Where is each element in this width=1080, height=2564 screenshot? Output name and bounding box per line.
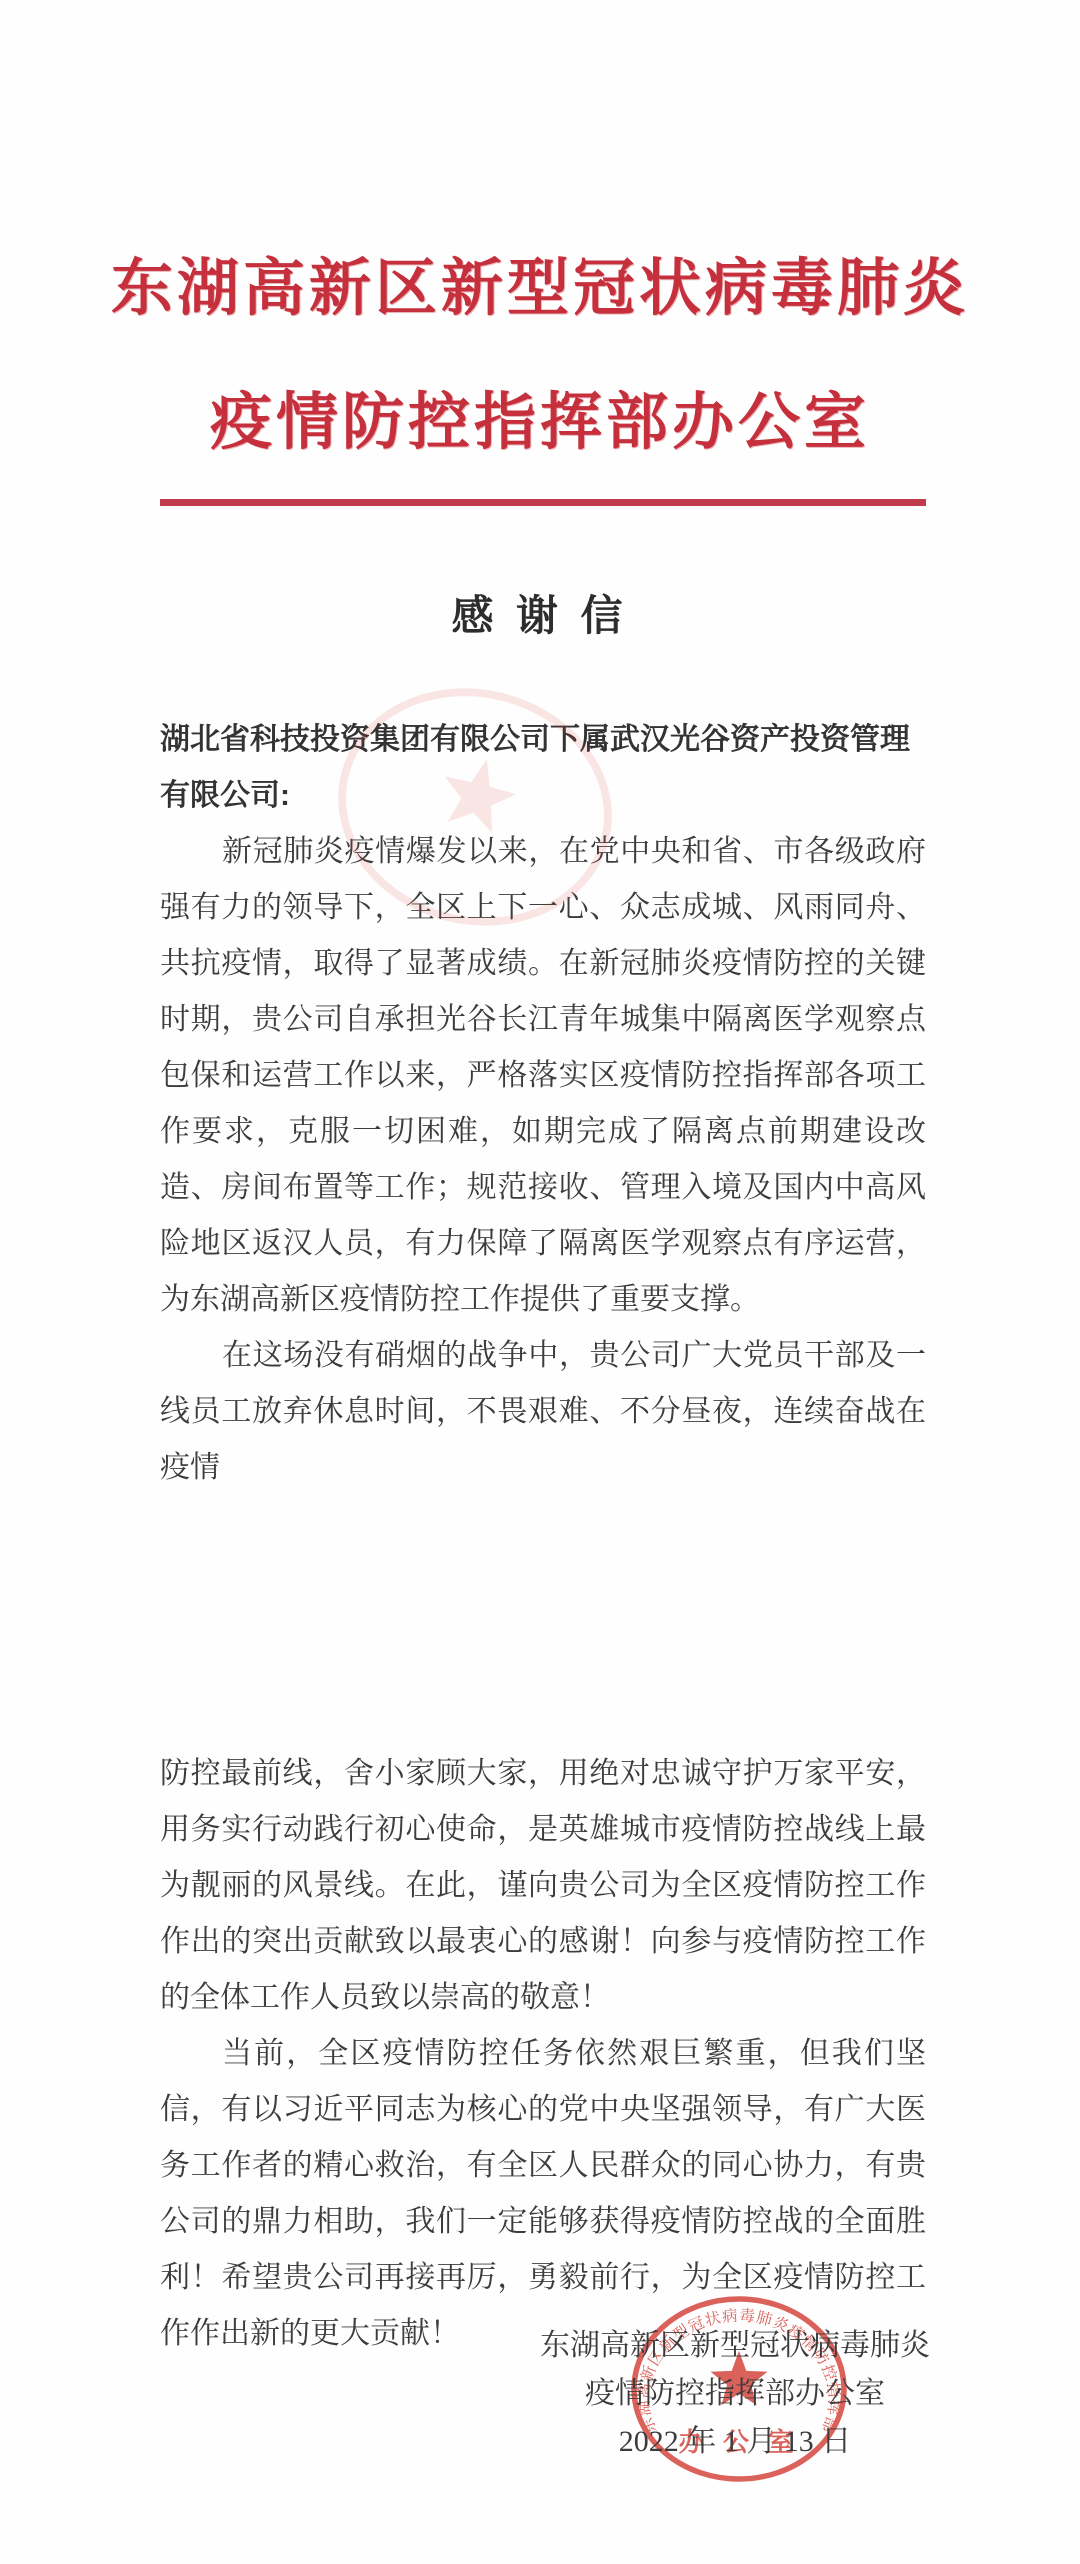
scan-page-gap (160, 1496, 926, 1746)
signature-block: 东湖高新区新型冠状病毒肺炎 疫情防控指挥部办公室 2022 年 1 月 13 日 (510, 2322, 960, 2466)
salutation-line2: 有限公司: (160, 779, 290, 812)
letter-page: 东湖高新区新型冠状病毒肺炎 疫情防控指挥部办公室 感 谢 信 湖北省科技投资集团… (0, 0, 1080, 2564)
letter-body: 湖北省科技投资集团有限公司下属武汉光谷资产投资管理有限公司: 新冠肺炎疫情爆发以… (160, 712, 926, 2362)
body-paragraph-2-part1: 在这场没有硝烟的战争中，贵公司广大党员干部及一线员工放弃休息时间，不畏艰难、不分… (160, 1328, 926, 1496)
letterhead-line1: 东湖高新区新型冠状病毒肺炎 (0, 238, 1080, 327)
letterhead-divider (160, 499, 926, 506)
salutation: 湖北省科技投资集团有限公司下属武汉光谷资产投资管理有限公司: (160, 712, 926, 824)
signature-date: 2022 年 1 月 13 日 (510, 2418, 960, 2466)
body-paragraph-3: 当前，全区疫情防控任务依然艰巨繁重，但我们坚信，有以习近平同志为核心的党中央坚强… (160, 2026, 926, 2362)
letterhead-line2: 疫情防控指挥部办公室 (0, 372, 1080, 461)
signature-line2: 疫情防控指挥部办公室 (510, 2370, 960, 2418)
signature-line1: 东湖高新区新型冠状病毒肺炎 (510, 2322, 960, 2370)
body-paragraph-2-part2: 防控最前线，舍小家顾大家，用绝对忠诚守护万家平安，用务实行动践行初心使命，是英雄… (160, 1746, 926, 2026)
body-paragraph-1: 新冠肺炎疫情爆发以来，在党中央和省、市各级政府强有力的领导下，全区上下一心、众志… (160, 824, 926, 1328)
salutation-line1: 湖北省科技投资集团有限公司下属武汉光谷资产投资管理 (160, 723, 910, 756)
letter-title: 感 谢 信 (0, 583, 1080, 643)
